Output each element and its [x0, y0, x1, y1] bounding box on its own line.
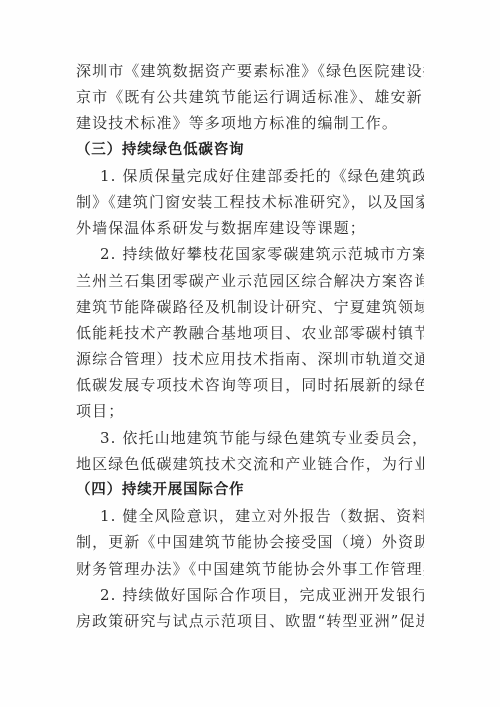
- document-page: 深圳市《建筑数据资产要素标准》《绿色医院建设技术标准》、北 京市《既有公共建筑节…: [0, 0, 500, 707]
- list-item-line: 地区绿色低碳建筑技术交流和产业链合作，为行业搭建平台；: [76, 451, 424, 477]
- list-item-line: 项目；: [76, 398, 424, 424]
- paragraph-line: 建设技术标准》等多项地方标准的编制工作。: [76, 110, 424, 136]
- paragraph-line: 京市《既有公共建筑节能运行调适标准》、雄安新区《绿色医院: [76, 84, 424, 110]
- section-heading-3: （三）持续绿色低碳咨询: [76, 137, 424, 163]
- document-body: 深圳市《建筑数据资产要素标准》《绿色医院建设技术标准》、北 京市《既有公共建筑节…: [76, 58, 426, 634]
- list-item-line: 低能耗技术产教融合基地项目、农业部零碳村镇节能与能效（能: [76, 320, 424, 346]
- list-item-line: 2. 持续做好攀枝花国家零碳建筑示范城市方案规划编制、: [76, 241, 424, 267]
- list-item-line: 源综合管理）技术应用技术指南、深圳市轨道交通场站建筑节能: [76, 346, 424, 372]
- list-item-line: 制》《建筑门窗安装工程技术标准研究》，以及国家重点研发低碳: [76, 189, 424, 215]
- section-heading-4: （四）持续开展国际合作: [76, 477, 424, 503]
- list-item-line: 外墙保温体系研发与数据库建设等课题；: [76, 215, 424, 241]
- list-item-line: 建筑节能降碳路径及机制设计研究、宁夏建筑领域智能建造和超: [76, 294, 424, 320]
- list-item-line: 1. 健全风险意识，建立对外报告（数据、资料等）的审核机: [76, 503, 424, 529]
- list-item-line: 房政策研究与试点示范项目、欧盟“转型亚洲”促进中国农村住宅: [76, 608, 424, 634]
- list-item-line: 制，更新《中国建筑节能协会接受国（境）外资助国际合作项目: [76, 529, 424, 555]
- list-item-line: 低碳发展专项技术咨询等项目，同时拓展新的绿色低碳专项咨询: [76, 372, 424, 398]
- list-item-line: 兰州兰石集团零碳产业示范园区综合解决方案咨询、清洁取暖的: [76, 268, 424, 294]
- paragraph-line: 深圳市《建筑数据资产要素标准》《绿色医院建设技术标准》、北: [76, 58, 424, 84]
- list-item-line: 1. 保质保量完成好住建部委托的《绿色建筑政策及管理机: [76, 163, 424, 189]
- list-item-line: 3. 依托山地建筑节能与绿色建筑专业委员会，开展高海拔: [76, 425, 424, 451]
- list-item-line: 财务管理办法》《中国建筑节能协会外事工作管理办法（试行）》；: [76, 556, 424, 582]
- list-item-line: 2. 持续做好国际合作项目，完成亚洲开发银行绿色低碳农: [76, 582, 424, 608]
